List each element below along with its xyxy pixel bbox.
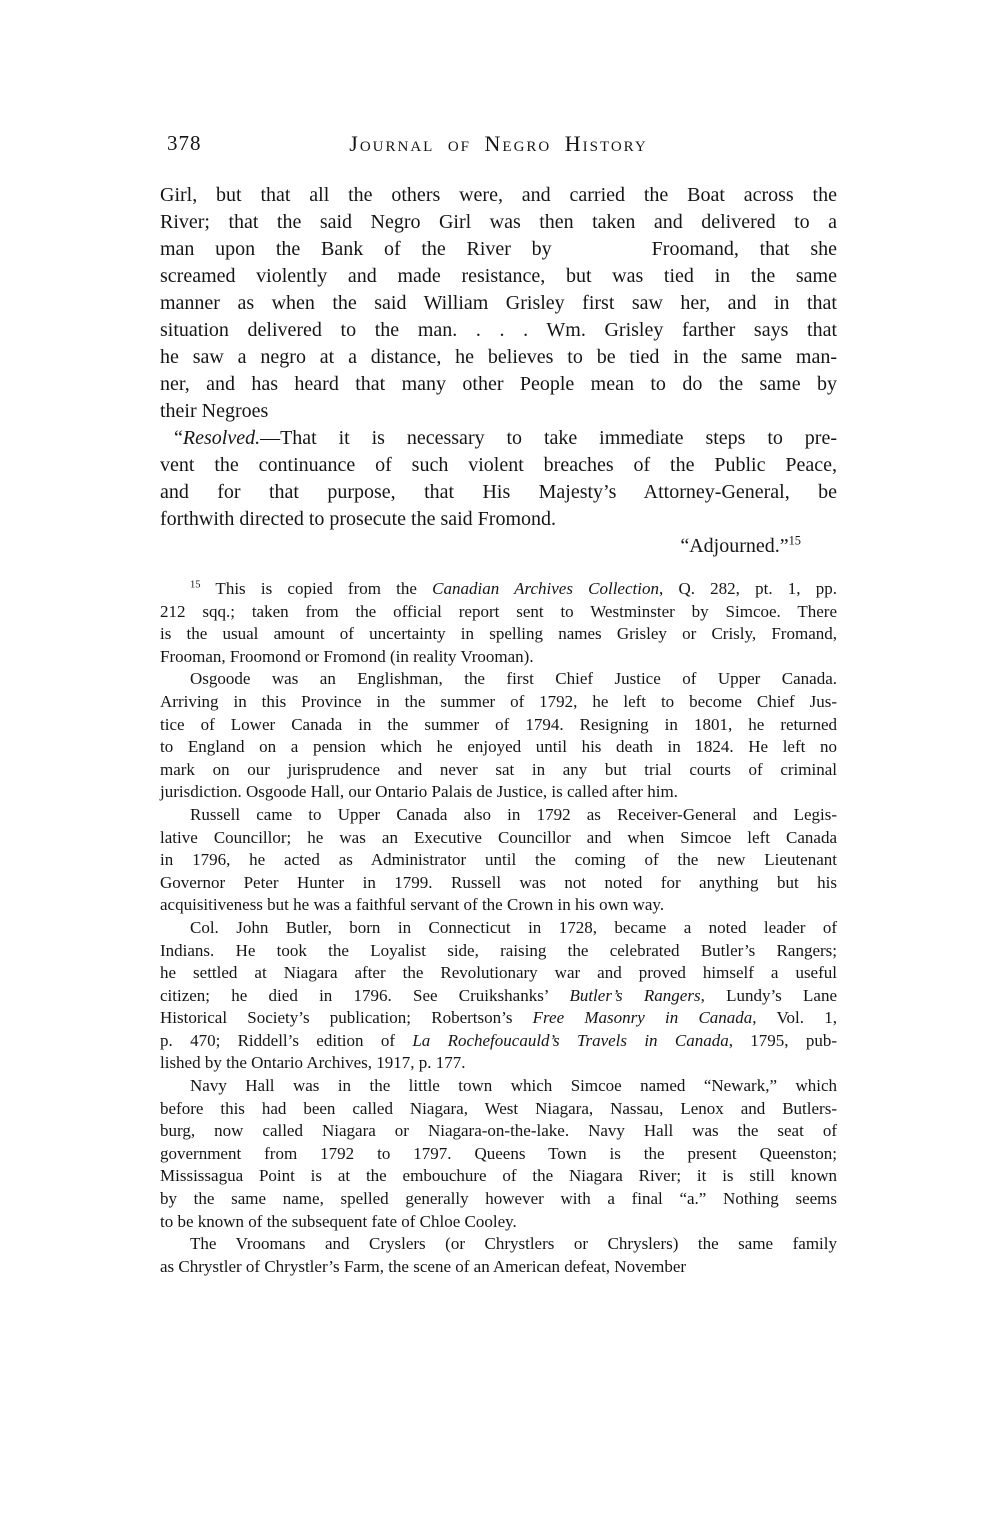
text-run: before this had been called Niagara, Wes… bbox=[160, 1099, 837, 1118]
paragraph: Navy Hall was in the little town which S… bbox=[160, 1075, 837, 1233]
text-line: citizen; he died in 1796. See Cruikshank… bbox=[160, 985, 837, 1008]
paragraph: “Adjourned.”15 bbox=[160, 533, 837, 560]
text-line: burg, now called Niagara or Niagara-on-t… bbox=[160, 1120, 837, 1143]
text-run: jurisdiction. Osgoode Hall, our Ontario … bbox=[160, 782, 678, 801]
text-run: acquisitiveness but he was a faithful se… bbox=[160, 895, 664, 914]
text-run: 212 sqq.; taken from the official report… bbox=[160, 602, 837, 621]
text-run: —That it is necessary to take immediate … bbox=[260, 427, 837, 449]
footnote-marker: 15 bbox=[190, 579, 201, 590]
text-line: lative Councillor; he was an Executive C… bbox=[160, 827, 837, 850]
text-run: , Vol. 1, bbox=[752, 1008, 837, 1027]
text-run: , 1795, pub- bbox=[729, 1031, 837, 1050]
text-line: as Chrystler of Chrystler’s Farm, the sc… bbox=[160, 1256, 837, 1279]
text-line: Osgoode was an Englishman, the first Chi… bbox=[160, 668, 837, 691]
paragraph: The Vroomans and Cryslers (or Chrystlers… bbox=[160, 1233, 837, 1278]
paragraph: Russell came to Upper Canada also in 179… bbox=[160, 804, 837, 917]
text-run: Navy Hall was in the little town which S… bbox=[190, 1076, 837, 1095]
text-line: Col. John Butler, born in Connecticut in… bbox=[160, 917, 837, 940]
text-run: screamed violently and made resistance, … bbox=[160, 265, 837, 287]
text-run: manner as when the said William Grisley … bbox=[160, 292, 837, 314]
text-run: Girl, but that all the others were, and … bbox=[160, 184, 837, 206]
paragraph: Girl, but that all the others were, and … bbox=[160, 182, 837, 425]
text-line: tice of Lower Canada in the summer of 17… bbox=[160, 714, 837, 737]
text-line: and for that purpose, that His Majesty’s… bbox=[160, 479, 837, 506]
text-run: to be known of the subsequent fate of Ch… bbox=[160, 1212, 517, 1231]
text-run: tice of Lower Canada in the summer of 17… bbox=[160, 715, 837, 734]
italic-text: Butler’s Rangers bbox=[569, 986, 700, 1005]
text-run: as Chrystler of Chrystler’s Farm, the sc… bbox=[160, 1257, 686, 1276]
text-run: Historical Society’s publication; Robert… bbox=[160, 1008, 533, 1027]
text-run: their Negroes bbox=[160, 400, 268, 422]
text-run: , Lundy’s Lane bbox=[701, 986, 837, 1005]
text-line: Governor Peter Hunter in 1799. Russell w… bbox=[160, 872, 837, 895]
text-run: The Vroomans and Cryslers (or Chrystlers… bbox=[190, 1234, 837, 1253]
text-run: Indians. He took the Loyalist side, rais… bbox=[160, 941, 837, 960]
text-run: River; that the said Negro Girl was then… bbox=[160, 211, 837, 233]
text-line: Russell came to Upper Canada also in 179… bbox=[160, 804, 837, 827]
page-number: 378 bbox=[167, 131, 202, 156]
text-line: man upon the Bank of the River byFrooman… bbox=[160, 236, 837, 263]
text-line: “Adjourned.”15 bbox=[160, 533, 837, 560]
text-run: and for that purpose, that His Majesty’s… bbox=[160, 481, 837, 503]
text-line: River; that the said Negro Girl was then… bbox=[160, 209, 837, 236]
text-line: mark on our jurisprudence and never sat … bbox=[160, 759, 837, 782]
text-run: Froomand, that she bbox=[652, 238, 837, 260]
italic-text: Canadian Archives Collection bbox=[432, 579, 659, 598]
text-line: by the same name, spelled generally howe… bbox=[160, 1188, 837, 1211]
text-run: Russell came to Upper Canada also in 179… bbox=[190, 805, 837, 824]
text-run: This is copied from the bbox=[201, 579, 433, 598]
text-run: Osgoode was an Englishman, the first Chi… bbox=[190, 669, 837, 688]
text-line: 15 This is copied from the Canadian Arch… bbox=[160, 578, 837, 601]
text-line: to England on a pension which he enjoyed… bbox=[160, 736, 837, 759]
italic-text: La Rochefoucauld’s Travels in Canada bbox=[412, 1031, 728, 1050]
text-run: by the same name, spelled generally howe… bbox=[160, 1189, 837, 1208]
text-run: is the usual amount of uncertainty in sp… bbox=[160, 624, 837, 643]
text-run: lative Councillor; he was an Executive C… bbox=[160, 828, 837, 847]
paragraph: Osgoode was an Englishman, the first Chi… bbox=[160, 668, 837, 804]
text-line: to be known of the subsequent fate of Ch… bbox=[160, 1211, 837, 1234]
text-line: Indians. He took the Loyalist side, rais… bbox=[160, 940, 837, 963]
text-run: Col. John Butler, born in Connecticut in… bbox=[190, 918, 837, 937]
text-run: in 1796, he acted as Administrator until… bbox=[160, 850, 837, 869]
text-line: acquisitiveness but he was a faithful se… bbox=[160, 894, 837, 917]
footnote-marker: 15 bbox=[789, 533, 801, 547]
text-run: situation delivered to the man. . . . Wm… bbox=[160, 319, 837, 341]
text-line: Arriving in this Province in the summer … bbox=[160, 691, 837, 714]
text-line: Mississagua Point is at the embouchure o… bbox=[160, 1165, 837, 1188]
text-run: he saw a negro at a distance, he believe… bbox=[160, 346, 837, 368]
page: 378 Journal of Negro History Girl, but t… bbox=[0, 0, 1000, 1518]
text-line: lished by the Ontario Archives, 1917, p.… bbox=[160, 1052, 837, 1075]
paragraph: 15 This is copied from the Canadian Arch… bbox=[160, 578, 837, 668]
text-line: 212 sqq.; taken from the official report… bbox=[160, 601, 837, 624]
text-run: he settled at Niagara after the Revoluti… bbox=[160, 963, 837, 982]
text-run: Governor Peter Hunter in 1799. Russell w… bbox=[160, 873, 837, 892]
text-run: “ bbox=[174, 427, 183, 449]
text-line: before this had been called Niagara, Wes… bbox=[160, 1098, 837, 1121]
page-header: 378 Journal of Negro History bbox=[160, 131, 837, 159]
text-run: man upon the Bank of the River by bbox=[160, 238, 552, 260]
text-run: lished by the Ontario Archives, 1917, p.… bbox=[160, 1053, 466, 1072]
text-run: “Adjourned.” bbox=[680, 535, 788, 557]
paragraph: Col. John Butler, born in Connecticut in… bbox=[160, 917, 837, 1075]
text-line: forthwith directed to prosecute the said… bbox=[160, 506, 837, 533]
text-line: ner, and has heard that many other Peopl… bbox=[160, 371, 837, 398]
footnotes-section: 15 This is copied from the Canadian Arch… bbox=[160, 578, 837, 1278]
text-line: their Negroes bbox=[160, 398, 837, 425]
text-line: Frooman, Froomond or Fromond (in reality… bbox=[160, 646, 837, 669]
text-run: Arriving in this Province in the summer … bbox=[160, 692, 837, 711]
text-line: vent the continuance of such violent bre… bbox=[160, 452, 837, 479]
text-run: citizen; he died in 1796. See Cruikshank… bbox=[160, 986, 569, 1005]
italic-text: Resolved. bbox=[183, 427, 260, 449]
text-line: government from 1792 to 1797. Queens Tow… bbox=[160, 1143, 837, 1166]
running-header-title: Journal of Negro History bbox=[349, 131, 647, 156]
text-line: “Resolved.—That it is necessary to take … bbox=[160, 425, 837, 452]
text-line: in 1796, he acted as Administrator until… bbox=[160, 849, 837, 872]
text-run: p. 470; Riddell’s edition of bbox=[160, 1031, 412, 1050]
body-text: Girl, but that all the others were, and … bbox=[160, 182, 837, 560]
text-run: mark on our jurisprudence and never sat … bbox=[160, 760, 837, 779]
text-run: government from 1792 to 1797. Queens Tow… bbox=[160, 1144, 837, 1163]
text-line: manner as when the said William Grisley … bbox=[160, 290, 837, 317]
text-line: screamed violently and made resistance, … bbox=[160, 263, 837, 290]
text-run: Frooman, Froomond or Fromond (in reality… bbox=[160, 647, 534, 666]
text-line: Navy Hall was in the little town which S… bbox=[160, 1075, 837, 1098]
text-line: p. 470; Riddell’s edition of La Rochefou… bbox=[160, 1030, 837, 1053]
text-line: Historical Society’s publication; Robert… bbox=[160, 1007, 837, 1030]
text-line: he settled at Niagara after the Revoluti… bbox=[160, 962, 837, 985]
text-line: jurisdiction. Osgoode Hall, our Ontario … bbox=[160, 781, 837, 804]
text-run: ner, and has heard that many other Peopl… bbox=[160, 373, 837, 395]
text-line: situation delivered to the man. . . . Wm… bbox=[160, 317, 837, 344]
text-line: Girl, but that all the others were, and … bbox=[160, 182, 837, 209]
text-run: to England on a pension which he enjoyed… bbox=[160, 737, 837, 756]
text-run: vent the continuance of such violent bre… bbox=[160, 454, 837, 476]
text-line: is the usual amount of uncertainty in sp… bbox=[160, 623, 837, 646]
text-run: Mississagua Point is at the embouchure o… bbox=[160, 1166, 837, 1185]
text-run: forthwith directed to prosecute the said… bbox=[160, 508, 556, 530]
text-line: The Vroomans and Cryslers (or Chrystlers… bbox=[160, 1233, 837, 1256]
text-run: , Q. 282, pt. 1, pp. bbox=[659, 579, 837, 598]
text-run: burg, now called Niagara or Niagara-on-t… bbox=[160, 1121, 837, 1140]
paragraph: “Resolved.—That it is necessary to take … bbox=[160, 425, 837, 533]
italic-text: Free Masonry in Canada bbox=[533, 1008, 753, 1027]
text-line: he saw a negro at a distance, he believe… bbox=[160, 344, 837, 371]
